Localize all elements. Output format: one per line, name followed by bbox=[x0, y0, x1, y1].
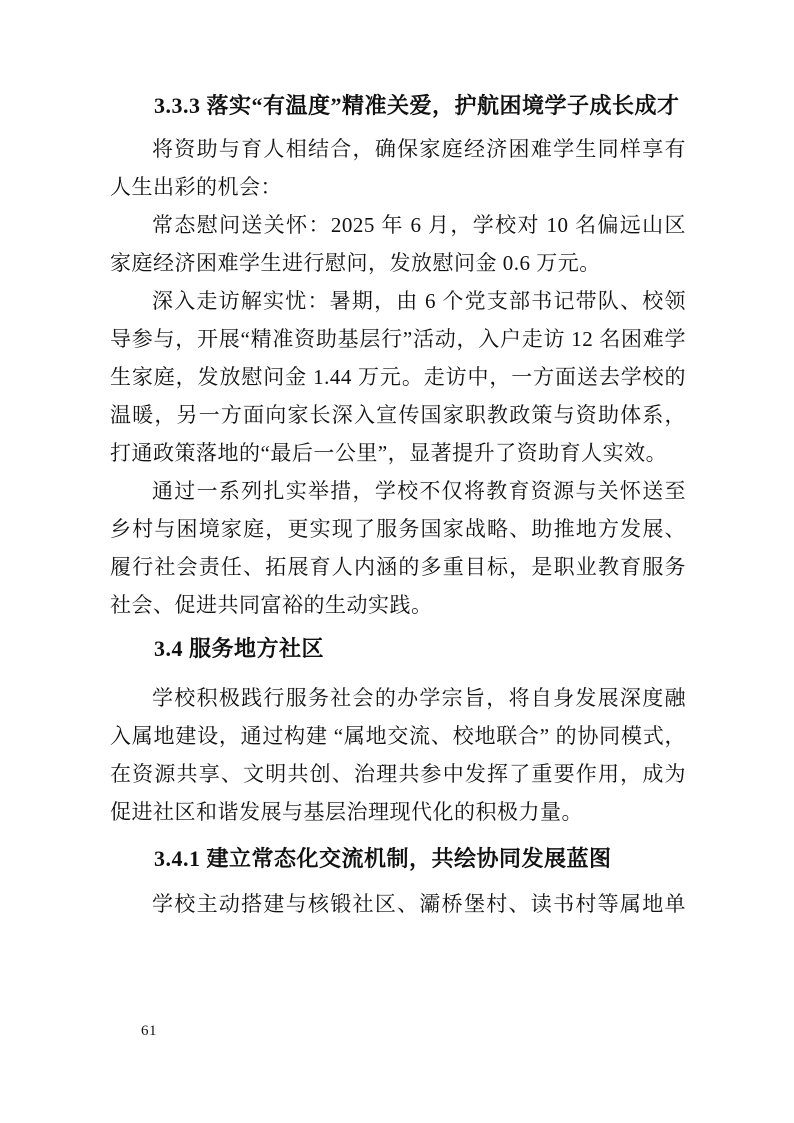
heading-3-4: 3.4 服务地方社区 bbox=[110, 634, 686, 664]
paragraph-community-links: 学校主动搭建与核锻社区、灞桥堡村、读书村等属地单 bbox=[110, 885, 686, 923]
paragraph-funding-education: 将资助与育人相结合，确保家庭经济困难学生同样享有人生出彩的机会： bbox=[110, 130, 686, 206]
document-page: 3.3.3 落实“有温度”精准关爱，护航困境学子成长成才 将资助与育人相结合，确… bbox=[0, 0, 794, 1123]
paragraph-community-service: 学校积极践行服务社会的办学宗旨，将自身发展深度融入属地建设，通过构建 “属地交流… bbox=[110, 679, 686, 831]
heading-3-4-1: 3.4.1 建立常态化交流机制，共绘协同发展蓝图 bbox=[110, 844, 686, 874]
page-number: 61 bbox=[141, 1022, 157, 1040]
document-content: 3.3.3 落实“有温度”精准关爱，护航困境学子成长成才 将资助与育人相结合，确… bbox=[110, 0, 686, 923]
heading-3-3-3: 3.3.3 落实“有温度”精准关爱，护航困境学子成长成才 bbox=[110, 91, 686, 121]
paragraph-home-visits: 深入走访解实忧：暑期，由 6 个党支部书记带队、校领导参与，开展“精准资助基层行… bbox=[110, 282, 686, 472]
paragraph-summary: 通过一系列扎实举措，学校不仅将教育资源与关怀送至乡村与困境家庭，更实现了服务国家… bbox=[110, 472, 686, 624]
paragraph-regular-visits: 常态慰问送关怀：2025 年 6 月，学校对 10 名偏远山区家庭经济困难学生进… bbox=[110, 206, 686, 282]
